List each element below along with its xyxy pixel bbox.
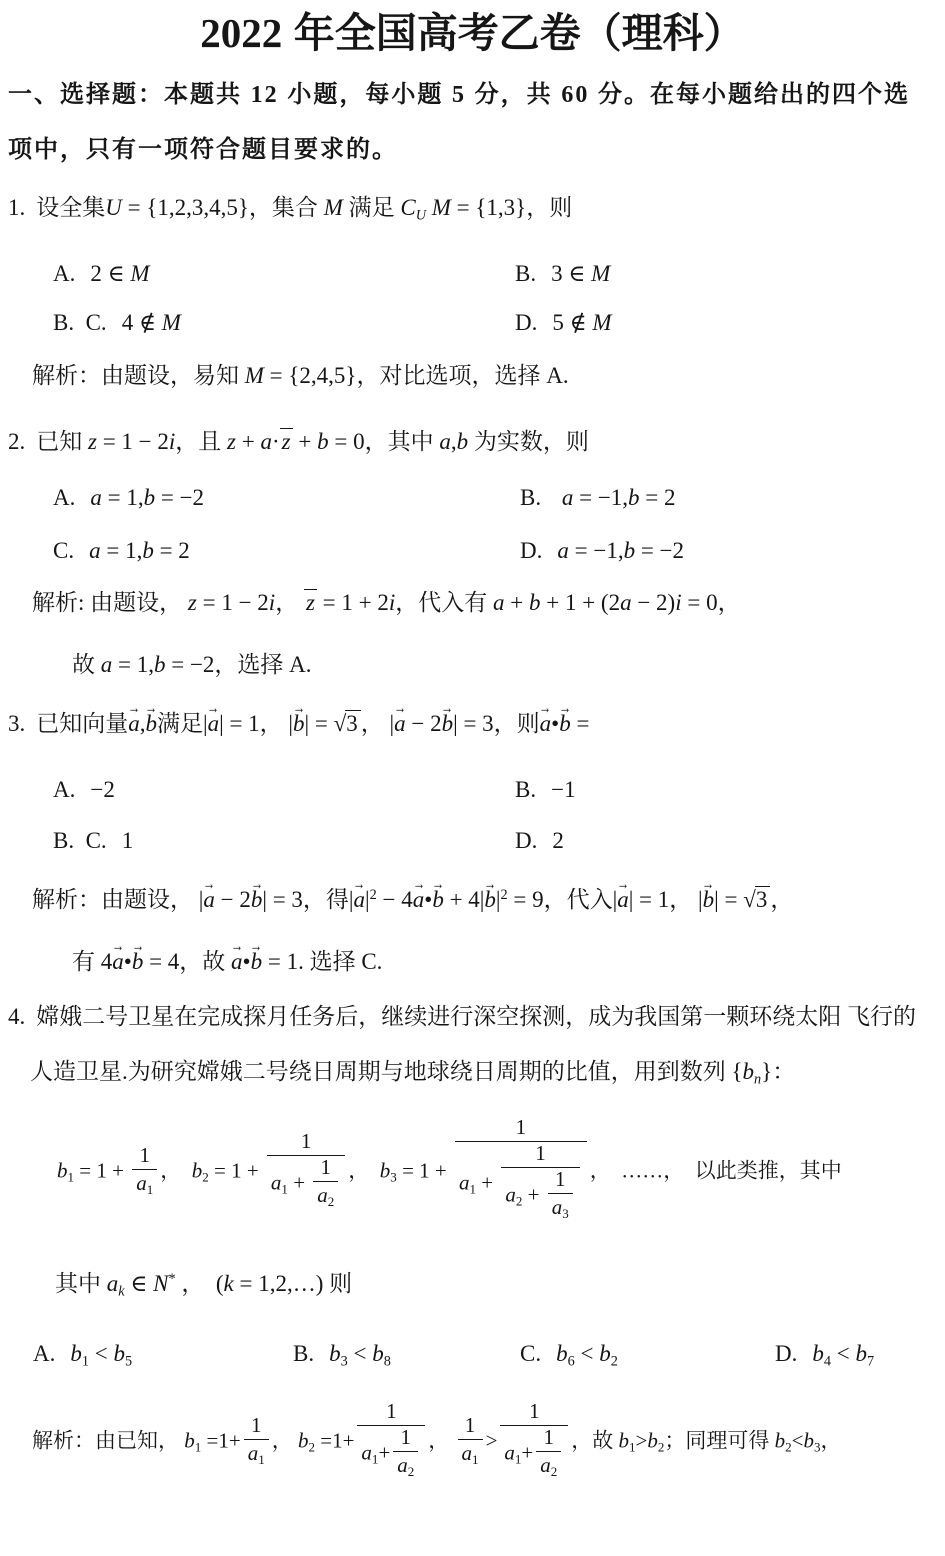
page-title: 2022 年全国高考乙卷（理科） [0,10,945,57]
option-b-value: 3 ∈ M [551,261,610,286]
option-b-value: −1 [551,777,575,802]
question-2-option-c: C.a = 1,b = 2 [53,537,190,566]
question-4-options-row: A.b1 < b5B.b3 < b8C.b6 < b2D.b4 < b7 [0,1340,945,1374]
option-c-value: 4 ∉ M [122,310,181,335]
question-4-option-d: D.b4 < b7 [775,1340,874,1371]
question-2-options-row-1: A.a = 1,b = −2B. a = −1,b = 2 [0,484,945,518]
option-a-label: A. [53,261,75,286]
option-c-value: 1 [122,828,134,853]
option-a-value: −2 [90,777,114,802]
option-d-value: a = −1,b = −2 [557,538,684,563]
exam-document-page: 2022 年全国高考乙卷（理科） 一、选择题：本题共 12 小题，每小题 5 分… [0,0,945,1556]
question-3-option-a: A.−2 [53,776,115,805]
option-d-label: D. [775,1341,797,1366]
option-b-value: a = −1,b = 2 [556,485,675,510]
question-4-number: 4. [8,1003,25,1032]
question-3-stem-text: 已知向量→a,→b满足|→a| = 1， |→b| = √3， |→a − 2→… [36,711,589,736]
option-d-value: b4 < b7 [812,1341,874,1366]
question-1-options-row-1: A.2 ∈ MB.3 ∈ M [0,260,945,294]
question-1-option-a: A.2 ∈ M [53,260,150,289]
option-c-label: B. C. [53,310,107,335]
option-a-value: 2 ∈ M [90,261,149,286]
question-3-stem: 3.已知向量→a,→b满足|→a| = 1， |→b| = √3， |→a − … [8,710,589,739]
option-c-value: a = 1,b = 2 [89,538,190,563]
question-1-options-row-2: B. C.4 ∉ MD.5 ∉ M [0,309,945,343]
question-4-condition: 其中 ak ∈ N* ， (k = 1,2,…) 则 [55,1270,352,1301]
question-3-number: 3. [8,710,25,739]
option-d-label: D. [515,828,537,853]
question-3-option-d: D.2 [515,827,564,856]
option-d-value: 5 ∉ M [552,310,611,335]
option-a-label: A. [33,1341,55,1366]
question-4-stem-text-1: 嫦娥二号卫星在完成探月任务后，继续进行深空探测，成为我国第一颗环绕太阳 飞行的 [36,1004,916,1029]
option-c-value: b6 < b2 [556,1341,618,1366]
question-4-option-b: B.b3 < b8 [293,1340,391,1371]
question-2-stem: 2.已知 z = 1 − 2i，且 z + a·z + b = 0，其中 a,b… [8,428,589,457]
option-a-value: b1 < b5 [70,1341,132,1366]
option-b-value: b3 < b8 [329,1341,391,1366]
option-c-label: C. [53,538,74,563]
question-1-number: 1. [8,194,25,223]
option-d-label: D. [520,538,542,563]
question-4-option-a: A.b1 < b5 [33,1340,132,1371]
question-2-stem-text: 已知 z = 1 − 2i，且 z + a·z + b = 0，其中 a,b 为… [36,429,589,454]
question-2-number: 2. [8,428,25,457]
option-a-value: a = 1,b = −2 [90,485,204,510]
question-3-options-row-2: B. C.1D.2 [0,827,945,861]
question-4-stem-line-1: 4.嫦娥二号卫星在完成探月任务后，继续进行深空探测，成为我国第一颗环绕太阳 飞行… [8,1003,916,1032]
question-1-option-d: D.5 ∉ M [515,309,612,338]
option-b-label: B. [515,261,536,286]
question-4-stem-line-2: 人造卫星.为研究嫦娥二号绕日周期与地球绕日周期的比值，用到数列 {bn}： [30,1058,795,1089]
option-c-label: B. C. [53,828,107,853]
question-2-option-d: D.a = −1,b = −2 [520,537,684,566]
question-3-options-row-1: A.−2B.−1 [0,776,945,810]
option-d-value: 2 [552,828,564,853]
question-1-option-c: B. C.4 ∉ M [53,309,181,338]
section-instructions-line-2: 项中，只有一项符合题目要求的。 [8,135,398,165]
question-2-option-b: B. a = −1,b = 2 [520,484,676,513]
option-a-label: A. [53,777,75,802]
option-d-label: D. [515,310,537,335]
question-1-solution: 解析：由题设，易知 M = {2,4,5}，对比选项，选择 A. [32,362,569,391]
question-2-options-row-2: C.a = 1,b = 2D.a = −1,b = −2 [0,537,945,571]
question-1-stem: 1.设全集U = {1,2,3,4,5}，集合 M 满足 CU M = {1,3… [8,194,572,225]
question-2-solution-line-2: 故 a = 1,b = −2，选择 A. [72,651,312,680]
option-b-label: B. [520,485,541,510]
question-3-option-b: B.−1 [515,776,576,805]
option-a-label: A. [53,485,75,510]
question-4-sequence-equation: b1 = 1 + 1a1， b2 = 1 + 1a1 + 1a2， b3 = 1… [57,1118,842,1227]
question-4-solution: 解析：由已知， b1 =1+1a1， b2 =1+1a1+1a2， 1a1>1a… [32,1402,842,1483]
option-b-label: B. [515,777,536,802]
option-b-label: B. [293,1341,314,1366]
question-3-solution-line-1: 解析：由题设， |→a − 2→b| = 3，得|→a|2 − 4→a•→b +… [32,886,793,915]
section-instructions-line-1: 一、选择题：本题共 12 小题，每小题 5 分，共 60 分。在每小题给出的四个… [8,80,910,110]
question-2-option-a: A.a = 1,b = −2 [53,484,204,513]
question-4-option-c: C.b6 < b2 [520,1340,618,1371]
question-1-option-b: B.3 ∈ M [515,260,610,289]
question-2-solution-line-1: 解析: 由题设， z = 1 − 2i， z = 1 + 2i，代入有 a + … [32,589,741,618]
question-3-option-c: B. C.1 [53,827,133,856]
question-1-stem-text: 设全集U = {1,2,3,4,5}，集合 M 满足 CU M = {1,3}，… [36,195,572,220]
question-3-solution-line-2: 有 4→a•→b = 4，故 →a•→b = 1. 选择 C. [72,948,382,977]
option-c-label: C. [520,1341,541,1366]
